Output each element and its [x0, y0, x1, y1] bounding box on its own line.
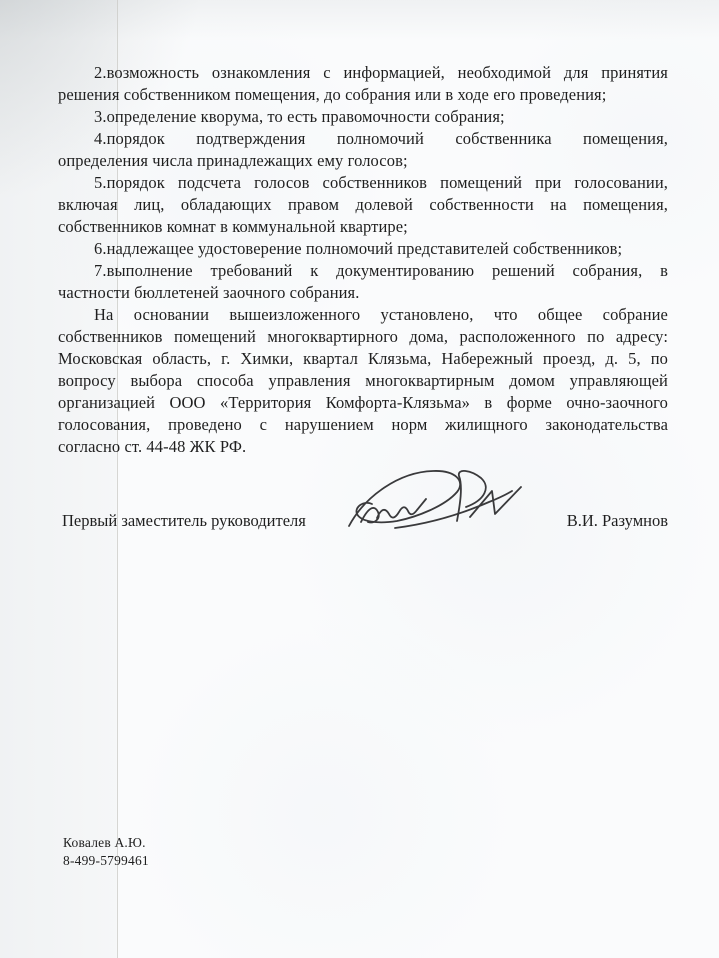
paragraph-line: 3.определение кворума, то есть правомочн…: [58, 106, 668, 128]
executor-name: Ковалев А.Ю.: [63, 834, 149, 852]
paragraph-line: 7.выполнение требований к документирован…: [58, 260, 668, 282]
document-page: 2.возможность ознакомления с информацией…: [0, 0, 719, 958]
paragraph-line: голосования, проведено с нарушением норм…: [58, 414, 668, 436]
paragraph-item-2: 2.возможность ознакомления с информацией…: [58, 62, 668, 106]
signer-position-label: Первый заместитель руководителя: [62, 511, 306, 531]
paragraph-line: Московская область, г. Химки, квартал Кл…: [58, 348, 668, 370]
paragraph-conclusion: На основании вышеизложенного установлено…: [58, 304, 668, 458]
signature-icon: [337, 464, 535, 548]
paragraph-item-4: 4.порядок подтверждения полномочий собст…: [58, 128, 668, 172]
paragraph-line: организацией ООО «Территория Комфорта-Кл…: [58, 392, 668, 414]
paragraph-line: собственников комнат в коммунальной квар…: [58, 216, 668, 238]
paragraph-line: собственников помещений многоквартирного…: [58, 326, 668, 348]
paragraph-item-3: 3.определение кворума, то есть правомочн…: [58, 106, 668, 128]
executor-contact-block: Ковалев А.Ю. 8-499-5799461: [63, 834, 149, 869]
paragraph-line: На основании вышеизложенного установлено…: [58, 304, 668, 326]
document-body: 2.возможность ознакомления с информацией…: [58, 62, 668, 458]
paragraph-line: 4.порядок подтверждения полномочий собст…: [58, 128, 668, 150]
paragraph-line: 2.возможность ознакомления с информацией…: [58, 62, 668, 84]
paragraph-item-5: 5.порядок подсчета голосов собственников…: [58, 172, 668, 238]
paragraph-line: 5.порядок подсчета голосов собственников…: [58, 172, 668, 194]
paragraph-line: 6.надлежащее удостоверение полномочий пр…: [58, 238, 668, 260]
paragraph-line: вопросу выбора способа управления многок…: [58, 370, 668, 392]
paragraph-line: определения числа принадлежащих ему голо…: [58, 150, 668, 172]
paragraph-line: частности бюллетеней заочного собрания.: [58, 282, 668, 304]
paragraph-item-6: 6.надлежащее удостоверение полномочий пр…: [58, 238, 668, 260]
paragraph-line: согласно ст. 44-48 ЖК РФ.: [58, 436, 668, 458]
executor-phone: 8-499-5799461: [63, 852, 149, 870]
signer-name: В.И. Разумнов: [567, 511, 668, 531]
paragraph-item-7: 7.выполнение требований к документирован…: [58, 260, 668, 304]
signature-row: Первый заместитель руководителя В.И. Раз…: [0, 511, 719, 535]
paragraph-line: включая лиц, обладающих правом долевой с…: [58, 194, 668, 216]
paragraph-line: решения собственником помещения, до собр…: [58, 84, 668, 106]
